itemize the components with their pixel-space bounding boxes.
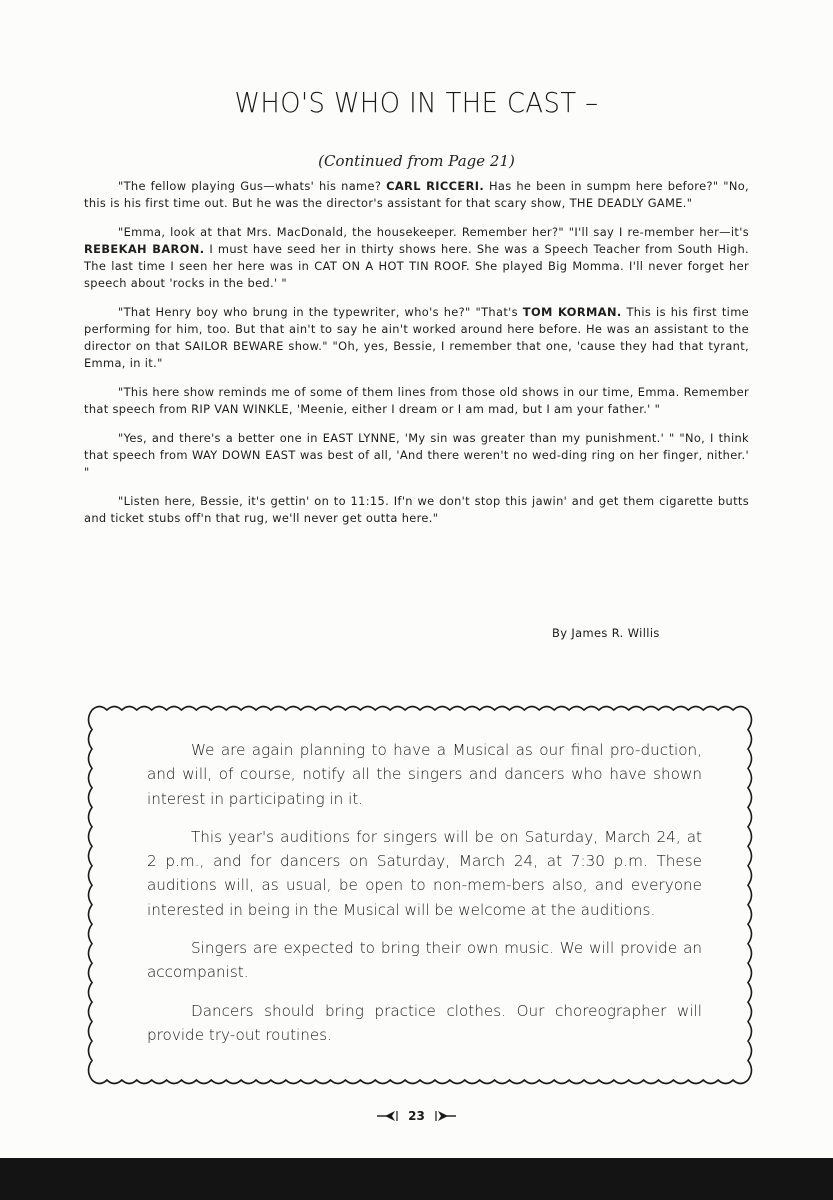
notice-paragraph: Dancers should bring practice clothes. O… [147, 999, 702, 1048]
article-paragraph: "Yes, and there's a better one in EAST L… [84, 430, 749, 481]
text-run: "Emma, look at that Mrs. MacDonald, the … [118, 225, 749, 239]
article-paragraph: "That Henry boy who brung in the typewri… [84, 304, 749, 372]
magazine-page: WHO'S WHO IN THE CAST – (Continued from … [0, 0, 833, 1158]
cast-member-name: CARL RICCERI. [386, 179, 484, 193]
text-run: "The fellow playing Gus—whats' his name? [118, 179, 386, 193]
ornament-arrow-right-icon [434, 1111, 456, 1121]
continued-note: (Continued from Page 21) [0, 152, 833, 170]
notice-paragraph: We are again planning to have a Musical … [147, 738, 702, 811]
text-run: "Yes, and there's a better one in EAST L… [84, 431, 749, 479]
article-paragraph: "Emma, look at that Mrs. MacDonald, the … [84, 224, 749, 292]
ornament-arrow-left-icon [377, 1111, 399, 1121]
notice-paragraph: Singers are expected to bring their own … [147, 936, 702, 985]
cast-member-name: TOM KORMAN. [523, 305, 622, 319]
musical-notice-box: We are again planning to have a Musical … [84, 700, 758, 1090]
article-paragraph: "The fellow playing Gus—whats' his name?… [84, 178, 749, 212]
cast-member-name: REBEKAH BARON. [84, 242, 204, 256]
page-number: 23 [0, 1108, 833, 1123]
notice-text: We are again planning to have a Musical … [147, 738, 702, 1061]
text-run: "That Henry boy who brung in the typewri… [118, 305, 523, 319]
text-run: "This here show reminds me of some of th… [84, 385, 749, 416]
article-paragraph: "Listen here, Bessie, it's gettin' on to… [84, 493, 749, 527]
article-paragraph: "This here show reminds me of some of th… [84, 384, 749, 418]
page-title: WHO'S WHO IN THE CAST – [33, 86, 799, 119]
cast-article: "The fellow playing Gus—whats' his name?… [84, 178, 749, 539]
page-number-value: 23 [408, 1109, 425, 1123]
byline: By James R. Willis [552, 626, 660, 640]
scan-edge-band [0, 1158, 833, 1200]
text-run: "Listen here, Bessie, it's gettin' on to… [84, 494, 749, 525]
notice-paragraph: This year's auditions for singers will b… [147, 825, 702, 922]
